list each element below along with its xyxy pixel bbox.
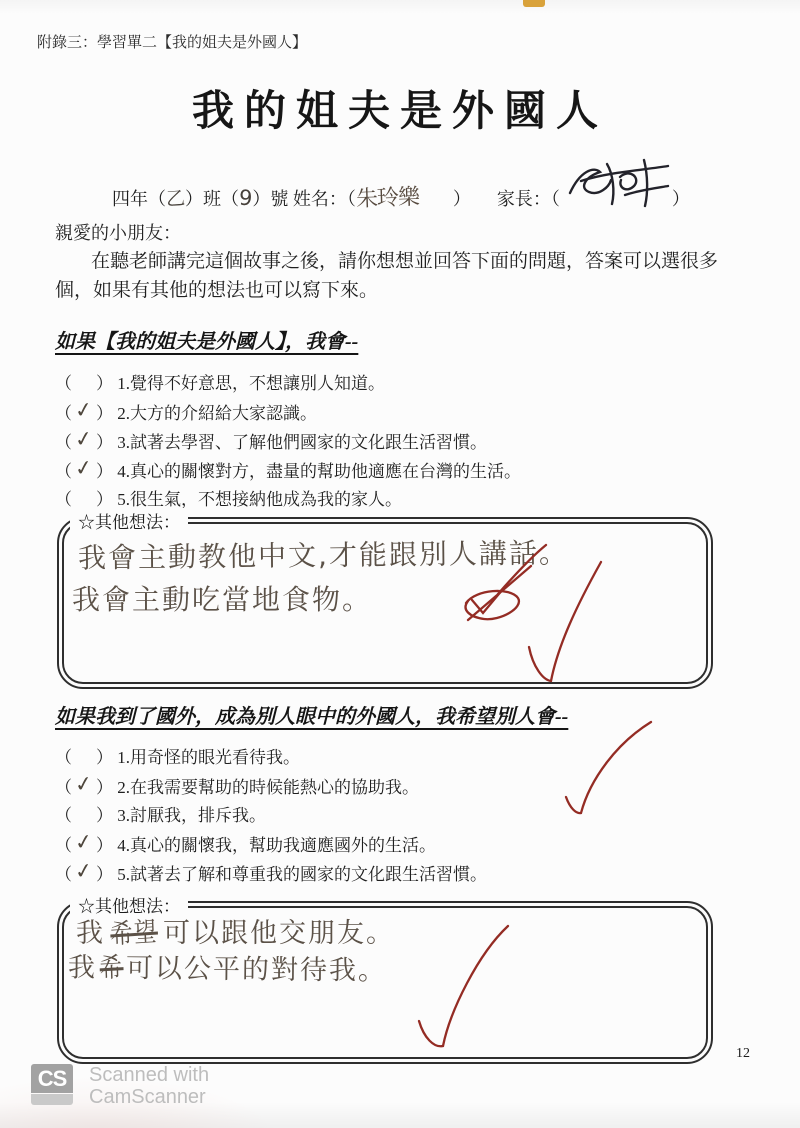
paren-open: （ <box>55 836 72 855</box>
watermark-line1: Scanned with <box>89 1064 209 1086</box>
paren-close: ） <box>96 748 113 767</box>
camscanner-logo-icon: CS <box>31 1064 73 1106</box>
option-text: 4.真心的關懷我，幫助我適應國外的生活。 <box>117 836 436 855</box>
option-row: （✓） 5.試著去了解和尊重我的國家的文化跟生活習慣。 <box>55 859 487 888</box>
option-row: （） 1.覺得不好意思，不想讓別人知道。 <box>55 369 521 398</box>
option-row: （✓） 3.試著去學習、了解他們國家的文化跟生活習慣。 <box>55 427 521 456</box>
option-text: 4.真心的關懷對方，盡量的幫助他適應在台灣的生活。 <box>117 462 521 481</box>
name-paren-close: ） <box>453 189 471 209</box>
option-text: 3.試著去學習、了解他們國家的文化跟生活習慣。 <box>117 433 487 452</box>
option-row: （✓） 2.在我需要幫助的時候能熱心的協助我。 <box>55 772 487 801</box>
paren-open: （ <box>55 404 72 423</box>
paren-close: ） <box>96 462 113 481</box>
handwritten-answer: 我會主動教他中文,才能跟別人講話。 <box>78 531 569 576</box>
option-text: 1.用奇怪的眼光看待我。 <box>117 748 300 767</box>
checkbox-mark <box>72 501 96 504</box>
cs-logo-tab <box>31 1094 73 1105</box>
section2-heading: 如果我到了國外，成為別人眼中的外國人，我希望別人會-- <box>55 700 568 729</box>
paren-close: ） <box>96 490 113 509</box>
option-row: （✓） 4.真心的關懷我，幫助我適應國外的生活。 <box>55 830 487 859</box>
option-row: （✓） 4.真心的關懷對方，盡量的幫助他適應在台灣的生活。 <box>55 456 521 485</box>
checkbox-mark <box>72 759 96 762</box>
paren-open: （ <box>55 490 72 509</box>
parent-label: 家長：（ <box>497 189 560 209</box>
checkbox-mark <box>72 817 96 820</box>
section1-heading: 如果【我的姐夫是外國人】，我會-- <box>55 325 358 354</box>
option-row: （✓） 2.大方的介紹給大家認識。 <box>55 398 521 427</box>
paren-close: ） <box>96 433 113 452</box>
class-seat-separator: ）班（ <box>185 189 239 209</box>
cs-logo-letters: CS <box>31 1064 73 1093</box>
checkbox-mark: ✓ <box>70 423 98 455</box>
student-info-line: 四年（乙）班（9）號 姓名：（朱玲樂）家長：（ ） <box>112 181 690 212</box>
sticky-note-tab <box>523 0 545 7</box>
appendix-note: 附錄三：學習單二【我的姐夫是外國人】 <box>37 31 307 52</box>
large-checkmark-options2 <box>566 722 651 813</box>
paren-close: ） <box>96 778 113 797</box>
option-text: 2.在我需要幫助的時候能熱心的協助我。 <box>117 778 419 797</box>
parent-signature <box>560 185 672 205</box>
student-name-handwritten: 朱玲樂 <box>355 180 419 213</box>
handwritten-answer: 我希可以公平的對待我。 <box>68 945 387 987</box>
worksheet-title: 我的姐夫是外國人 <box>0 78 800 138</box>
option-text: 1.覺得不好意思，不想讓別人知道。 <box>117 374 385 393</box>
paren-open: （ <box>55 433 72 452</box>
paren-close: ） <box>96 806 113 825</box>
grade-label: 四年（ <box>112 189 166 209</box>
checkbox-mark: ✓ <box>70 452 98 484</box>
page-number: 12 <box>736 1046 750 1062</box>
section1-options: （） 1.覺得不好意思，不想讓別人知道。 （✓） 2.大方的介紹給大家認識。 （… <box>55 369 521 514</box>
name-label: ）號 姓名：（ <box>252 189 356 209</box>
checkbox-mark: ✓ <box>70 768 98 800</box>
paren-close: ） <box>96 404 113 423</box>
intro-paragraph-line2: 個，如果有其他的想法也可以寫下來。 <box>55 275 378 302</box>
camscanner-watermark: CS Scanned with CamScanner <box>31 1064 331 1114</box>
paren-open: （ <box>55 462 72 481</box>
paren-open: （ <box>55 865 72 884</box>
paren-open: （ <box>55 374 72 393</box>
handwritten-answer: 我會主動吃當地食物。 <box>72 578 372 618</box>
checkbox-mark: ✓ <box>70 855 98 887</box>
option-row: （） 3.討厭我，排斥我。 <box>55 801 487 830</box>
option-text: 5.很生氣，不想接納他成為我的家人。 <box>117 490 402 509</box>
paren-open: （ <box>55 778 72 797</box>
other-ideas-label-1: ☆其他想法： <box>70 508 188 533</box>
other-ideas-label-2: ☆其他想法： <box>70 892 188 917</box>
checkbox-mark: ✓ <box>70 394 98 426</box>
paren-open: （ <box>55 748 72 767</box>
option-row: （） 1.用奇怪的眼光看待我。 <box>55 743 487 772</box>
option-text: 5.試著去了解和尊重我的國家的文化跟生活習慣。 <box>117 865 487 884</box>
checkbox-mark: ✓ <box>70 826 98 858</box>
parent-signature-scribble <box>554 155 678 211</box>
paren-open: （ <box>55 806 72 825</box>
seat-number-handwritten: 9 <box>238 186 253 211</box>
watermark-text: Scanned with CamScanner <box>89 1064 209 1108</box>
paren-close: ） <box>96 836 113 855</box>
paren-close: ） <box>96 865 113 884</box>
option-text: 2.大方的介紹給大家認識。 <box>117 404 317 423</box>
watermark-line2: CamScanner <box>89 1086 209 1108</box>
checkbox-mark <box>72 385 96 388</box>
intro-paragraph-line1: 在聽老師講完這個故事之後，請你想想並回答下面的問題，答案可以選很多 <box>91 246 718 273</box>
class-handwritten: 乙 <box>165 183 186 211</box>
salutation: 親愛的小朋友： <box>55 219 181 245</box>
paren-close: ） <box>96 374 113 393</box>
scanned-worksheet-page: 附錄三：學習單二【我的姐夫是外國人】 我的姐夫是外國人 四年（乙）班（9）號 姓… <box>0 0 800 1128</box>
option-text: 3.討厭我，排斥我。 <box>117 806 266 825</box>
section2-options: （） 1.用奇怪的眼光看待我。 （✓） 2.在我需要幫助的時候能熱心的協助我。 … <box>55 743 487 888</box>
